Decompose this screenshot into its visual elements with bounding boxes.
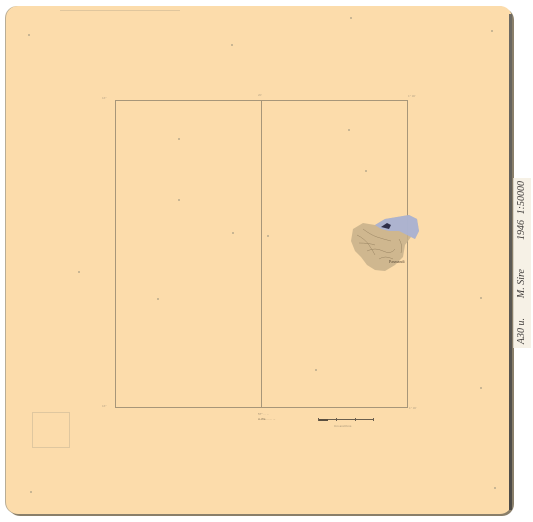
inset-box	[32, 412, 70, 448]
label-sheet-code: A30 u.	[516, 318, 527, 344]
sheet-shadow-edge	[509, 14, 512, 510]
scan-dot	[28, 34, 30, 36]
scan-dot	[491, 30, 493, 32]
scan-dot	[30, 491, 32, 493]
scan-mark	[60, 10, 180, 11]
scan-dot	[480, 387, 482, 389]
sheet-label-strip: A30 u. M. Sire 1946 1:50000	[513, 178, 531, 348]
scan-dot	[480, 297, 482, 299]
corner-label-top-right: 1° 30'	[408, 94, 416, 98]
map-center-meridian	[261, 100, 262, 408]
corner-label-top-left: 16°	[102, 96, 107, 100]
map-fragment: Pasmandi	[345, 215, 420, 275]
scan-dot	[494, 487, 496, 489]
town-label: Pasmandi	[389, 259, 405, 264]
scan-dot	[350, 17, 352, 19]
scale-bar	[318, 419, 374, 422]
corner-label-top-mid: 20'	[258, 93, 262, 97]
bottom-note-2: A-Wa ... ... ...	[258, 417, 275, 421]
corner-label-bottom-left: 16°	[102, 404, 107, 408]
scan-dot	[78, 271, 80, 273]
label-year: 1946	[516, 220, 527, 240]
corner-label-bottom-right: 1° 30'	[409, 406, 417, 410]
label-scale: 1:50000	[516, 181, 527, 214]
bottom-note-1: 57° ... ...	[258, 412, 269, 416]
scan-dot	[231, 44, 233, 46]
scale-caption: Cm and Kms	[334, 424, 351, 428]
label-sheet-name: M. Sire	[516, 269, 527, 298]
